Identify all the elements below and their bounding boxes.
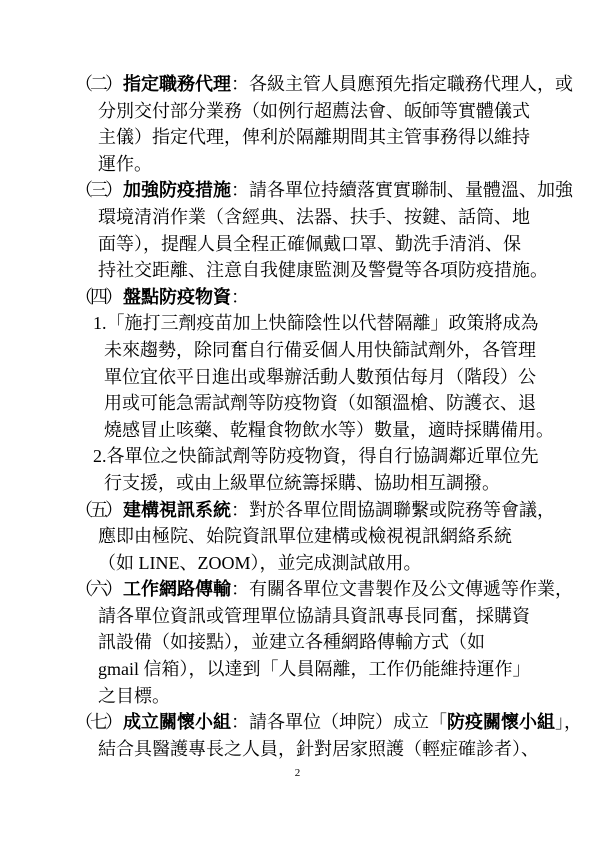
section-label: （七） xyxy=(75,712,120,732)
page-number: 2 xyxy=(0,766,595,780)
body-text: ：各級主管人員應預先指定職務代理人，或 xyxy=(231,74,573,94)
section-2-designate-deputy: （二）指定職務代理：各級主管人員應預先指定職務代理人，或分別交付部分業務（如例行… xyxy=(75,71,555,177)
body-text: 環境清消作業（含經典、法器、扶手、按鍵、話筒、地 xyxy=(98,207,530,227)
body-text: ：請各單位持續落實實聯制、量體溫、加強 xyxy=(231,180,573,200)
body-text: 單位宜依平日進出或舉辦活動人數預估每月（階段）公 xyxy=(104,367,536,387)
section-7-care-team: （七）成立關懷小組：請各單位（坤院）成立「防疫關懷小組」，結合具醫護專長之人員，… xyxy=(75,709,555,762)
text-line: 面等），提醒人員全程正確佩戴口罩、勤洗手清消、保 xyxy=(98,231,555,258)
body-text: 1. xyxy=(93,313,107,333)
section-3-strengthen-epidemic-measures: （三）加強防疫措施：請各單位持續落實實聯制、量體溫、加強環境清消作業（含經典、法… xyxy=(75,177,555,283)
body-text: 面等），提醒人員全程正確佩戴口罩、勤洗手清消、保 xyxy=(98,234,521,254)
section-title-bold: 盤點防疫物資 xyxy=(123,287,231,307)
text-line: 請各單位資訊或管理單位協請具資訊專長同奮，採購資 xyxy=(98,603,555,630)
text-line: 用或可能急需試劑等防疫物資（如額溫槍、防護衣、退 xyxy=(104,390,555,417)
section-title-bold: 成立關懷小組 xyxy=(123,712,231,732)
body-text: （如 LINE、ZOOM），並完成測試啟用。 xyxy=(98,553,421,573)
body-text: 行支援，或由上級單位統籌採購、協助相互調撥。 xyxy=(104,473,500,493)
body-text: ： xyxy=(231,287,249,307)
body-text: ：請各單位（坤院）成立「 xyxy=(231,712,447,732)
body-text: 2. xyxy=(93,446,107,466)
body-text: 」， xyxy=(555,712,582,732)
text-line: 1.「施打三劑疫苗加上快篩陰性以代替隔離」政策將成為 xyxy=(93,310,555,337)
text-line: （七）成立關懷小組：請各單位（坤院）成立「防疫關懷小組」， xyxy=(75,709,555,736)
document-body: （二）指定職務代理：各級主管人員應預先指定職務代理人，或分別交付部分業務（如例行… xyxy=(0,0,595,762)
text-line: 持社交距離、注意自我健康監測及警覺等各項防疫措施。 xyxy=(98,257,555,284)
body-text: 訊設備（如接點），並建立各種網路傳輸方式（如 xyxy=(98,632,485,652)
text-line: 之目標。 xyxy=(98,683,555,710)
body-text: 主儀）指定代理，俾利於隔離期間其主管事務得以維持 xyxy=(98,127,530,147)
body-text: 持社交距離、注意自我健康監測及警覺等各項防疫措施。 xyxy=(98,260,548,280)
section-label: （四） xyxy=(75,287,120,307)
body-text: 請各單位資訊或管理單位協請具資訊專長同奮，採購資 xyxy=(98,606,530,626)
text-line: 結合具醫護專長之人員，針對居家照護（輕症確診者）、 xyxy=(98,736,555,763)
text-line: （五）建構視訊系統：對於各單位間協調聯繫或院務等會議， xyxy=(75,497,555,524)
text-line: 應即由極院、始院資訊單位建構或檢視視訊網絡系統 xyxy=(98,523,555,550)
body-text: 結合具醫護專長之人員，針對居家照護（輕症確診者）、 xyxy=(98,739,539,759)
section-label: （六） xyxy=(75,579,120,599)
text-line: （四）盤點防疫物資： xyxy=(75,284,555,311)
body-text: ：對於各單位間協調聯繫或院務等會議， xyxy=(231,500,555,520)
text-line: 2.各單位之快篩試劑等防疫物資，得自行協調鄰近單位先 xyxy=(93,443,555,470)
section-title-bold: 防疫關懷小組 xyxy=(447,712,555,732)
section-label: （五） xyxy=(75,500,120,520)
section-title-bold: 指定職務代理 xyxy=(123,74,231,94)
body-text: 應即由極院、始院資訊單位建構或檢視視訊網絡系統 xyxy=(98,526,512,546)
section-title-bold: 加強防疫措施 xyxy=(123,180,231,200)
section-4-inventory-supplies: （四）盤點防疫物資：1.「施打三劑疫苗加上快篩陰性以代替隔離」政策將成為未來趨勢… xyxy=(75,284,555,497)
text-line: （三）加強防疫措施：請各單位持續落實實聯制、量體溫、加強 xyxy=(75,177,555,204)
page: （二）指定職務代理：各級主管人員應預先指定職務代理人，或分別交付部分業務（如例行… xyxy=(0,0,595,842)
text-line: （如 LINE、ZOOM），並完成測試啟用。 xyxy=(98,550,555,577)
text-line: 燒感冒止咳藥、乾糧食物飲水等）數量，適時採購備用。 xyxy=(104,417,555,444)
text-line: 未來趨勢，除同奮自行備妥個人用快篩試劑外，各管理 xyxy=(104,337,555,364)
section-title-bold: 工作網路傳輸 xyxy=(123,579,231,599)
body-text: 未來趨勢，除同奮自行備妥個人用快篩試劑外，各管理 xyxy=(104,340,536,360)
body-text: ：有關各單位文書製作及公文傳遞等作業， xyxy=(231,579,573,599)
text-line: 運作。 xyxy=(98,151,555,178)
section-title-bold: 建構視訊系統 xyxy=(123,500,231,520)
section-label: （二） xyxy=(75,74,120,94)
section-5-video-conference-system: （五）建構視訊系統：對於各單位間協調聯繫或院務等會議，應即由極院、始院資訊單位建… xyxy=(75,497,555,577)
text-line: 主儀）指定代理，俾利於隔離期間其主管事務得以維持 xyxy=(98,124,555,151)
text-line: （六）工作網路傳輸：有關各單位文書製作及公文傳遞等作業， xyxy=(75,576,555,603)
body-text: 各單位之快篩試劑等防疫物資，得自行協調鄰近單位先 xyxy=(107,446,539,466)
text-line: 行支援，或由上級單位統籌採購、協助相互調撥。 xyxy=(104,470,555,497)
text-line: gmail 信箱），以達到「人員隔離，工作仍能維持運作」 xyxy=(98,656,555,683)
text-line: 分別交付部分業務（如例行超薦法會、皈師等實體儀式 xyxy=(98,98,555,125)
body-text: 用或可能急需試劑等防疫物資（如額溫槍、防護衣、退 xyxy=(104,393,536,413)
section-6-network-transmission: （六）工作網路傳輸：有關各單位文書製作及公文傳遞等作業，請各單位資訊或管理單位協… xyxy=(75,576,555,709)
section-label: （三） xyxy=(75,180,120,200)
text-line: 單位宜依平日進出或舉辦活動人數預估每月（階段）公 xyxy=(104,364,555,391)
body-text: gmail 信箱），以達到「人員隔離，工作仍能維持運作」 xyxy=(98,659,531,679)
body-text: 分別交付部分業務（如例行超薦法會、皈師等實體儀式 xyxy=(98,101,530,121)
body-text: 之目標。 xyxy=(98,686,170,706)
body-text: 運作。 xyxy=(98,154,152,174)
body-text: 燒感冒止咳藥、乾糧食物飲水等）數量，適時採購備用。 xyxy=(104,420,554,440)
text-line: （二）指定職務代理：各級主管人員應預先指定職務代理人，或 xyxy=(75,71,555,98)
body-text: 「施打三劑疫苗加上快篩陰性以代替隔離」政策將成為 xyxy=(107,313,539,333)
text-line: 訊設備（如接點），並建立各種網路傳輸方式（如 xyxy=(98,629,555,656)
text-line: 環境清消作業（含經典、法器、扶手、按鍵、話筒、地 xyxy=(98,204,555,231)
